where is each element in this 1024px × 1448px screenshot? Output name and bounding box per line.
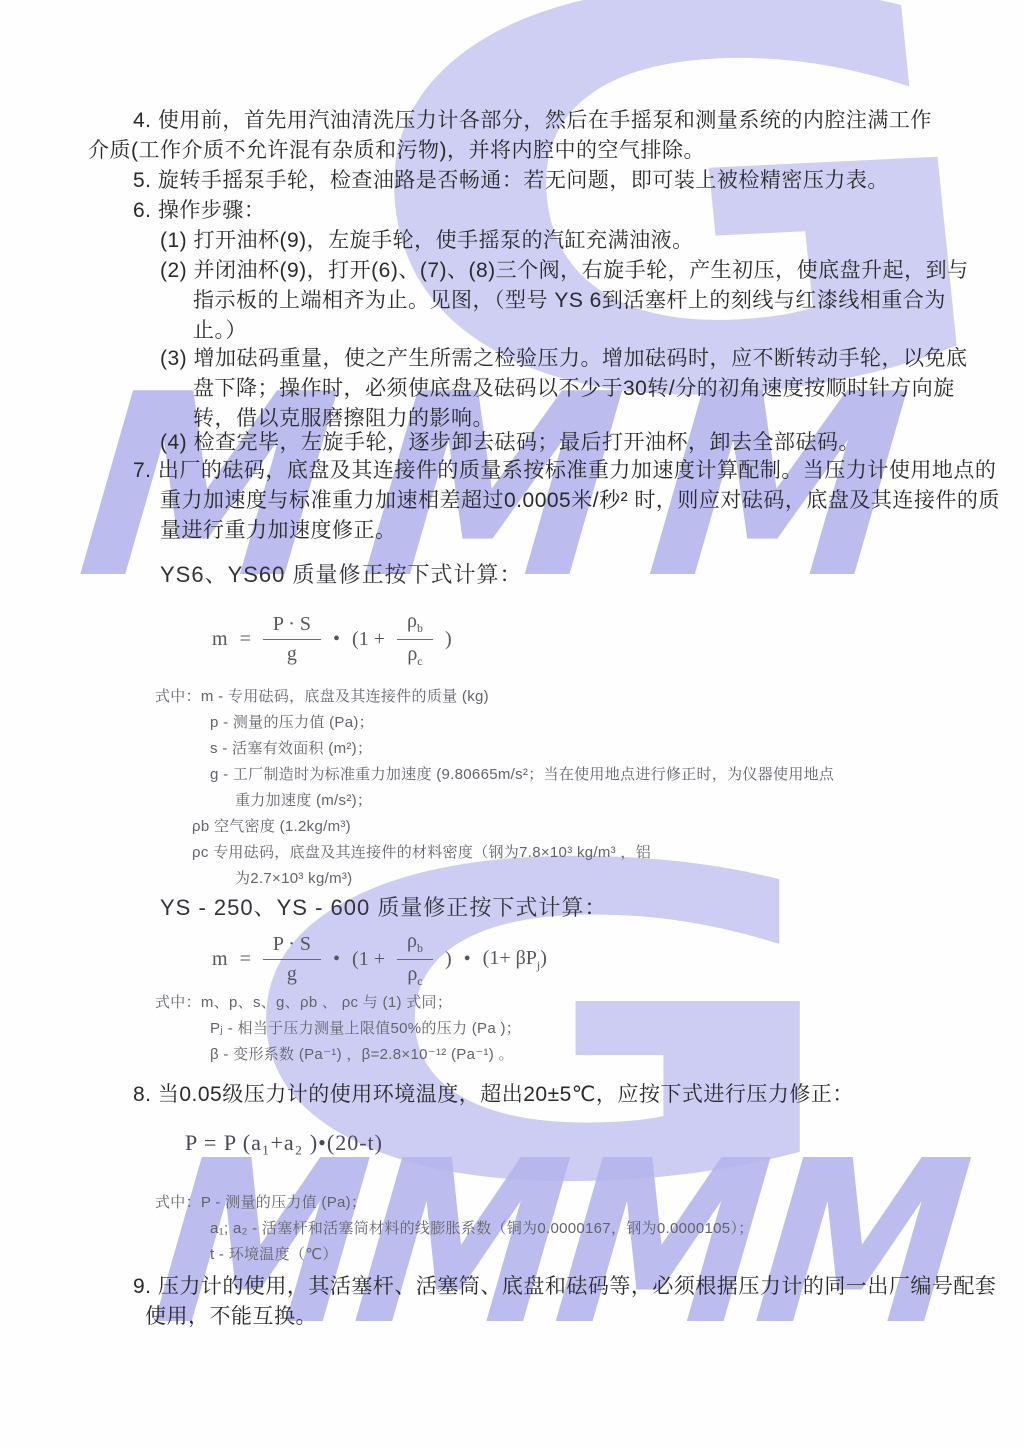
fraction-rho-b-over-rho-c: ρb ρc — [397, 930, 433, 989]
multiply-dot: • — [333, 628, 340, 651]
formula-ys250-mass-correction: m = P · Sg • (1 + ρb ρc ) • (1+ βPj) — [212, 930, 547, 989]
paren-open: (1 + — [352, 628, 385, 651]
step-number: (3) — [160, 347, 194, 370]
paragraph-item-9: 9. 压力计的使用，其活塞杆、活塞筒、底盘和砝码等，必须根据压力计的同一出厂编号… — [88, 1272, 997, 1332]
paragraph-item-7: 7. 出厂的砝码，底盘及其连接件的质量系按标准重力加速度计算配制。当压力计使用地… — [88, 456, 1012, 546]
equals-sign: = — [240, 628, 251, 651]
step-number: (2) — [160, 259, 194, 282]
formula-ys6-mass-correction: m = P · Sg • (1 + ρb ρc ) — [212, 610, 452, 669]
item-text: 当0.05级压力计的使用环境温度，超出20±5℃，应按下式进行压力修正： — [158, 1083, 854, 1106]
step-number: (4) — [160, 431, 194, 454]
item-text: 出厂的砝码，底盘及其连接件的质量系按标准重力加速度计算配制。当压力计使用地点的重… — [158, 459, 1000, 542]
note-line: 重力加速度 (m/s²)； — [155, 788, 965, 814]
paragraph-step-3: (3) 增加砝码重量，使之产生所需之检验压力。增加砝码时，应不断转动手轮，以免底… — [160, 344, 973, 434]
item-text: 操作步骤： — [158, 199, 266, 222]
item-number: 5. — [133, 169, 158, 192]
paren-close: ) — [445, 628, 452, 651]
fraction-ps-over-g: P · Sg — [263, 933, 321, 986]
heading-ys6-correction: YS6、YS60 质量修正按下式计算： — [160, 560, 523, 590]
step-number: (1) — [160, 229, 194, 252]
item-number: 6. — [133, 199, 158, 222]
note-line: ρc 专用砝码，底盘及其连接件的材料密度（钢为7.8×10³ kg/m³ ，铝 — [155, 840, 965, 866]
multiply-dot: • — [464, 948, 471, 971]
document-content: 4. 使用前，首先用汽油清洗压力计各部分，然后在手摇泵和测量系统的内腔注满工作介… — [0, 0, 1024, 1448]
note-line: ρb 空气密度 (1.2kg/m³) — [155, 814, 965, 840]
notes-formula-3: 式中：P - 测量的压力值 (Pa)； a₁; a₂ - 活塞杆和活塞筒材料的线… — [155, 1190, 965, 1268]
document-page: G MMM G MMMM 4. 使用前，首先用汽油清洗压力计各部分，然后在手摇泵… — [0, 0, 1024, 1448]
heading-ys250-ys600-correction: YS - 250、YS - 600 质量修正按下式计算： — [160, 893, 607, 923]
paragraph-item-4: 4. 使用前，首先用汽油清洗压力计各部分，然后在手摇泵和测量系统的内腔注满工作介… — [88, 106, 940, 166]
item-number: 7. — [133, 459, 158, 482]
note-line: 为2.7×10³ kg/m³) — [155, 866, 965, 892]
note-line: a₁; a₂ - 活塞杆和活塞筒材料的线膨胀系数（铜为0.0000167，钢为0… — [155, 1216, 965, 1242]
note-line: 式中：P - 测量的压力值 (Pa)； — [155, 1190, 965, 1216]
item-number: 4. — [133, 109, 158, 132]
notes-formula-2: 式中：m、p、s、g、ρb 、 ρc 与 (1) 式同； Pⱼ - 相当于压力测… — [155, 990, 965, 1068]
item-number: 9. — [133, 1275, 158, 1298]
paragraph-step-1: (1) 打开油杯(9)，左旋手轮，使手摇泵的汽缸充满油液。 — [160, 226, 973, 256]
multiply-dot: • — [333, 948, 340, 971]
note-line: t - 环境温度（℃） — [155, 1242, 965, 1268]
step-text: 增加砝码重量，使之产生所需之检验压力。增加砝码时，应不断转动手轮，以免底盘下降；… — [193, 347, 968, 430]
formula-lhs: m — [212, 628, 228, 651]
step-text: 并闭油杯(9)，打开(6)、(7)、(8)三个阀，右旋手轮，产生初压，使底盘升起… — [193, 259, 969, 342]
beta-term: (1+ βPj) — [483, 947, 547, 973]
item-text: 压力计的使用，其活塞杆、活塞筒、底盘和砝码等，必须根据压力计的同一出厂编号配套使… — [145, 1275, 996, 1328]
step-text: 检查完毕，左旋手轮，逐步卸去砝码；最后打开油杯，卸去全部砝码。 — [194, 431, 861, 454]
fraction-rho-b-over-rho-c: ρb ρc — [397, 610, 433, 669]
paragraph-step-2: (2) 并闭油杯(9)，打开(6)、(7)、(8)三个阀，右旋手轮，产生初压，使… — [160, 256, 973, 346]
note-line: g - 工厂制造时为标准重力加速度 (9.80665m/s²；当在使用地点进行修… — [155, 762, 965, 788]
equals-sign: = — [240, 948, 251, 971]
item-number: 8. — [133, 1083, 158, 1106]
note-line: 式中：m、p、s、g、ρb 、 ρc 与 (1) 式同； — [155, 990, 965, 1016]
note-line: Pⱼ - 相当于压力测量上限值50%的压力 (Pa )； — [155, 1016, 965, 1042]
item-text: 旋转手摇泵手轮，检查油路是否畅通：若无问题，即可装上被检精密压力表。 — [158, 169, 889, 192]
formula-lhs: m — [212, 948, 228, 971]
paragraph-item-8: 8. 当0.05级压力计的使用环境温度，超出20±5℃，应按下式进行压力修正： — [88, 1080, 940, 1110]
paragraph-item-6: 6. 操作步骤： — [88, 196, 940, 226]
paragraph-step-4: (4) 检查完毕，左旋手轮，逐步卸去砝码；最后打开油杯，卸去全部砝码。 — [160, 428, 973, 458]
note-line: 式中：m - 专用砝码，底盘及其连接件的质量 (kg) — [155, 684, 965, 710]
item-text: 使用前，首先用汽油清洗压力计各部分，然后在手摇泵和测量系统的内腔注满工作介质(工… — [88, 109, 932, 162]
formula-temperature-correction: P = P (a₁+a₂ )•(20-t) — [185, 1130, 383, 1156]
notes-formula-1: 式中：m - 专用砝码，底盘及其连接件的质量 (kg) p - 测量的压力值 (… — [155, 684, 965, 892]
step-text: 打开油杯(9)，左旋手轮，使手摇泵的汽缸充满油液。 — [194, 229, 694, 252]
note-line: s - 活塞有效面积 (m²)； — [155, 736, 965, 762]
paren-open: (1 + — [352, 948, 385, 971]
note-line: p - 测量的压力值 (Pa)； — [155, 710, 965, 736]
paren-close: ) — [445, 948, 452, 971]
note-line: β - 变形系数 (Pa⁻¹) ，β=2.8×10⁻¹² (Pa⁻¹) 。 — [155, 1042, 965, 1068]
paragraph-item-5: 5. 旋转手摇泵手轮，检查油路是否畅通：若无问题，即可装上被检精密压力表。 — [88, 166, 940, 196]
fraction-ps-over-g: P · Sg — [263, 613, 321, 666]
